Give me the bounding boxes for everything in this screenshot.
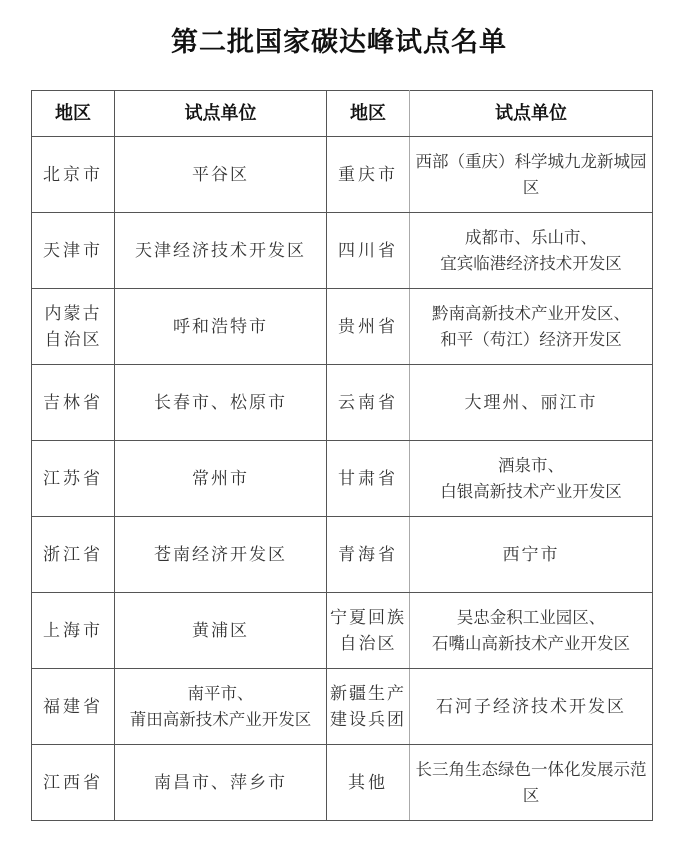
document-title: 第二批国家碳达峰试点名单 [0,20,678,59]
cell-text-line: 内蒙古 [34,301,112,327]
cell-text-line: 吉林省 [34,390,112,416]
cell-text-line: 大理州、丽江市 [412,390,650,416]
table-body: 北京市平谷区重庆市西部（重庆）科学城九龙新城园区天津市天津经济技术开发区四川省成… [32,137,653,821]
cell-text-line: 酒泉市、 [412,453,650,479]
cell-region-left: 天津市 [32,213,115,289]
cell-region-left: 浙江省 [32,517,115,593]
cell-region-right: 新疆生产建设兵团 [327,669,410,745]
cell-region-left: 江西省 [32,745,115,821]
cell-text-line: 建设兵团 [329,707,407,733]
cell-unit-right: 黔南高新技术产业开发区、和平（苟江）经济开发区 [410,289,653,365]
cell-region-left: 吉林省 [32,365,115,441]
cell-text-line: 四川省 [329,238,407,264]
cell-unit-left: 天津经济技术开发区 [115,213,327,289]
cell-text-line: 成都市、乐山市、 [412,225,650,251]
cell-text-line: 自治区 [34,327,112,353]
cell-text-line: 西部（重庆）科学城九龙新城园区 [412,149,650,201]
cell-text-line: 黄浦区 [117,618,324,644]
cell-text-line: 其他 [329,770,407,796]
cell-text-line: 江苏省 [34,466,112,492]
cell-text-line: 石嘴山高新技术产业开发区 [412,631,650,657]
table-row: 天津市天津经济技术开发区四川省成都市、乐山市、宜宾临港经济技术开发区 [32,213,653,289]
cell-text-line: 呼和浩特市 [117,314,324,340]
cell-text-line: 平谷区 [117,162,324,188]
cell-unit-right: 长三角生态绿色一体化发展示范区 [410,745,653,821]
cell-region-right: 青海省 [327,517,410,593]
cell-text-line: 浙江省 [34,542,112,568]
header-unit-left: 试点单位 [115,91,327,137]
cell-region-left: 上海市 [32,593,115,669]
table-row: 福建省南平市、莆田高新技术产业开发区新疆生产建设兵团石河子经济技术开发区 [32,669,653,745]
cell-region-right: 云南省 [327,365,410,441]
cell-unit-right: 西部（重庆）科学城九龙新城园区 [410,137,653,213]
cell-text-line: 福建省 [34,694,112,720]
cell-text-line: 自治区 [329,631,407,657]
cell-text-line: 长三角生态绿色一体化发展示范区 [412,757,650,809]
cell-unit-right: 西宁市 [410,517,653,593]
cell-region-right: 甘肃省 [327,441,410,517]
cell-text-line: 江西省 [34,770,112,796]
cell-unit-left: 呼和浩特市 [115,289,327,365]
cell-text-line: 南昌市、萍乡市 [117,770,324,796]
cell-region-left: 福建省 [32,669,115,745]
cell-text-line: 新疆生产 [329,681,407,707]
cell-unit-left: 苍南经济开发区 [115,517,327,593]
header-region-left: 地区 [32,91,115,137]
cell-region-right: 其他 [327,745,410,821]
cell-text-line: 苍南经济开发区 [117,542,324,568]
cell-text-line: 西宁市 [412,542,650,568]
cell-text-line: 北京市 [34,162,112,188]
table-row: 北京市平谷区重庆市西部（重庆）科学城九龙新城园区 [32,137,653,213]
table-row: 江苏省常州市甘肃省酒泉市、白银高新技术产业开发区 [32,441,653,517]
cell-unit-left: 黄浦区 [115,593,327,669]
cell-region-left: 内蒙古自治区 [32,289,115,365]
cell-text-line: 上海市 [34,618,112,644]
cell-text-line: 和平（苟江）经济开发区 [412,327,650,353]
cell-text-line: 甘肃省 [329,466,407,492]
cell-text-line: 吴忠金积工业园区、 [412,605,650,631]
cell-unit-left: 长春市、松原市 [115,365,327,441]
cell-unit-left: 常州市 [115,441,327,517]
cell-text-line: 莆田高新技术产业开发区 [117,707,324,733]
cell-unit-left: 南昌市、萍乡市 [115,745,327,821]
cell-text-line: 宜宾临港经济技术开发区 [412,251,650,277]
cell-region-right: 贵州省 [327,289,410,365]
cell-text-line: 云南省 [329,390,407,416]
cell-text-line: 石河子经济技术开发区 [412,694,650,720]
cell-text-line: 重庆市 [329,162,407,188]
cell-region-right: 重庆市 [327,137,410,213]
header-region-right: 地区 [327,91,410,137]
cell-text-line: 黔南高新技术产业开发区、 [412,301,650,327]
cell-text-line: 天津市 [34,238,112,264]
header-unit-right: 试点单位 [410,91,653,137]
cell-region-left: 江苏省 [32,441,115,517]
cell-unit-right: 酒泉市、白银高新技术产业开发区 [410,441,653,517]
table-row: 浙江省苍南经济开发区青海省西宁市 [32,517,653,593]
table-row: 内蒙古自治区呼和浩特市贵州省黔南高新技术产业开发区、和平（苟江）经济开发区 [32,289,653,365]
table-header-row: 地区 试点单位 地区 试点单位 [32,91,653,137]
cell-text-line: 常州市 [117,466,324,492]
cell-text-line: 南平市、 [117,681,324,707]
cell-region-left: 北京市 [32,137,115,213]
cell-unit-left: 南平市、莆田高新技术产业开发区 [115,669,327,745]
table-row: 上海市黄浦区宁夏回族自治区吴忠金积工业园区、石嘴山高新技术产业开发区 [32,593,653,669]
cell-text-line: 宁夏回族 [329,605,407,631]
pilot-list-table: 地区 试点单位 地区 试点单位 北京市平谷区重庆市西部（重庆）科学城九龙新城园区… [31,90,653,821]
cell-unit-right: 成都市、乐山市、宜宾临港经济技术开发区 [410,213,653,289]
cell-region-right: 宁夏回族自治区 [327,593,410,669]
cell-text-line: 青海省 [329,542,407,568]
cell-region-right: 四川省 [327,213,410,289]
cell-text-line: 长春市、松原市 [117,390,324,416]
cell-unit-right: 石河子经济技术开发区 [410,669,653,745]
cell-unit-left: 平谷区 [115,137,327,213]
cell-unit-right: 大理州、丽江市 [410,365,653,441]
cell-text-line: 白银高新技术产业开发区 [412,479,650,505]
table-row: 江西省南昌市、萍乡市其他长三角生态绿色一体化发展示范区 [32,745,653,821]
cell-text-line: 贵州省 [329,314,407,340]
cell-unit-right: 吴忠金积工业园区、石嘴山高新技术产业开发区 [410,593,653,669]
cell-text-line: 天津经济技术开发区 [117,238,324,264]
table-row: 吉林省长春市、松原市云南省大理州、丽江市 [32,365,653,441]
